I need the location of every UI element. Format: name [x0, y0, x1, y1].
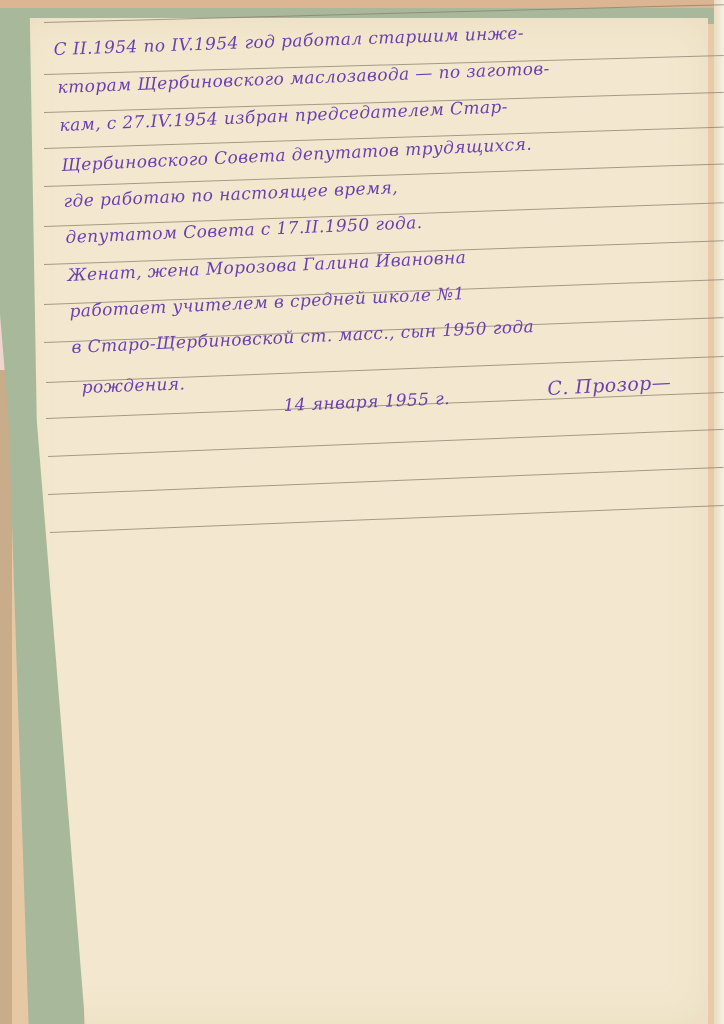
- document-scene: С II.1954 по IV.1954 год работал старшим…: [0, 0, 724, 1024]
- handwritten-line-10: рождения.: [81, 374, 185, 398]
- right-paper-edge: [714, 0, 724, 1024]
